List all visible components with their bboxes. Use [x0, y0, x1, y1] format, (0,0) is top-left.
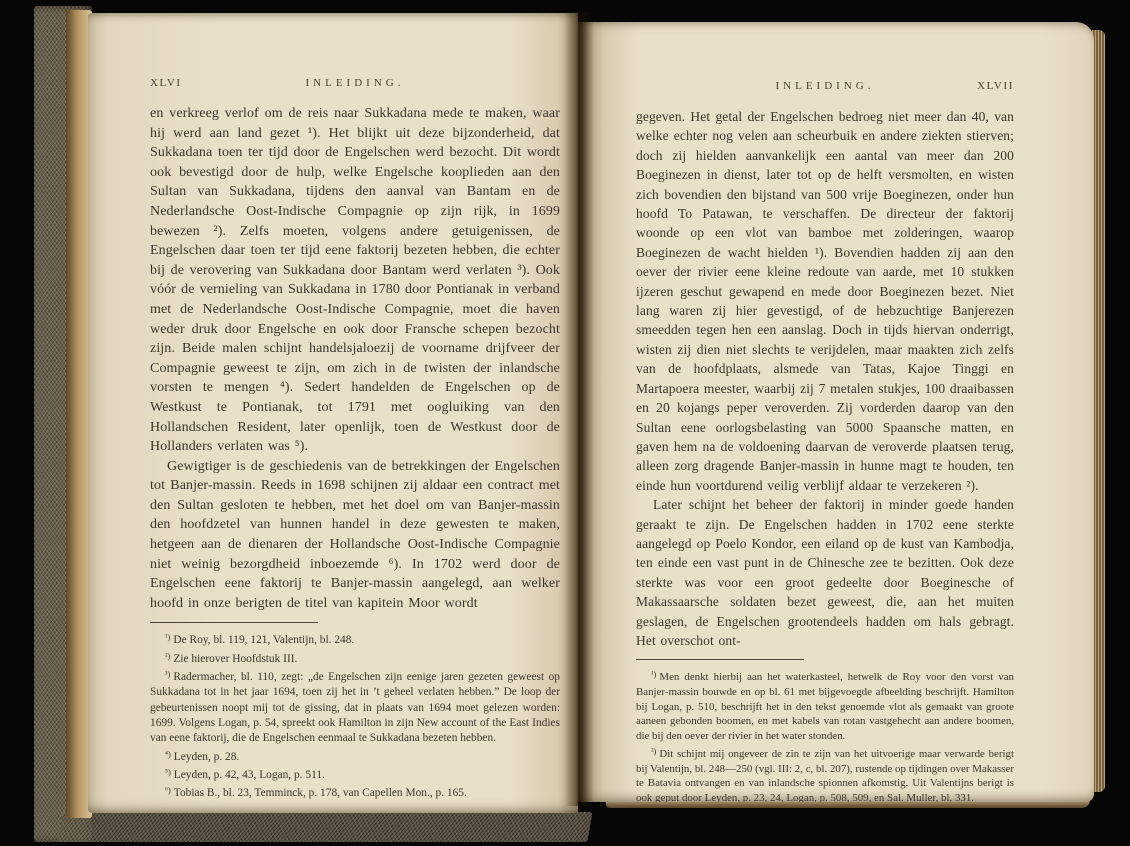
footnote: ¹)De Roy, bl. 119, 121, Valentijn, bl. 2…	[150, 630, 560, 648]
footnote-marker: ²)	[651, 746, 656, 756]
footnote-rule	[636, 659, 804, 660]
footnote-marker: ⁶)	[165, 785, 171, 795]
footnote-text: De Roy, bl. 119, 121, Valentijn, bl. 248…	[173, 634, 354, 646]
right-running-title: INLEIDING.	[731, 80, 920, 92]
footnote-marker: ³)	[165, 669, 170, 679]
left-footnotes: ¹)De Roy, bl. 119, 121, Valentijn, bl. 2…	[150, 630, 560, 801]
footnote-text: Radermacher, bl. 110, zegt: „de Engelsch…	[150, 671, 560, 744]
paragraph: en verkreeg verlof om de reis naar Sukka…	[150, 104, 560, 457]
footnote-text: Leyden, p. 28.	[174, 751, 239, 763]
left-running-title: INLEIDING.	[253, 77, 458, 89]
left-body-text: en verkreeg verlof om de reis naar Sukka…	[150, 104, 560, 613]
footnote-marker: ⁴)	[165, 749, 171, 759]
right-body-text: gegeven. Het getal der Engelschen bedroe…	[636, 107, 1014, 650]
right-page-content: INLEIDING. XLVII gegeven. Het getal der …	[636, 80, 1014, 802]
paragraph: Gewigtiger is de geschiedenis van de bet…	[150, 457, 560, 614]
footnote-text: Zie hierover Hoofdstuk III.	[173, 653, 297, 665]
footnote-text: Tobias B., bl. 23, Temminck, p. 178, van…	[174, 787, 467, 799]
left-running-head: XLVI INLEIDING.	[150, 77, 560, 89]
left-page: XLVI INLEIDING. en verkreeg verlof om de…	[88, 13, 578, 813]
right-page: INLEIDING. XLVII gegeven. Het getal der …	[578, 22, 1094, 802]
footnote: ²)Zie hierover Hoofdstuk III.	[150, 649, 560, 667]
footnote: ⁶)Tobias B., bl. 23, Temminck, p. 178, v…	[150, 783, 560, 801]
footnote: ¹)Men denkt hierbij aan het waterkasteel…	[636, 667, 1014, 744]
footnote: ⁵)Leyden, p. 42, 43, Logan, p. 511.	[150, 765, 560, 783]
footnote-marker: ¹)	[651, 669, 656, 679]
right-folio-number: XLVII	[920, 80, 1015, 92]
footnote: ⁴)Leyden, p. 28.	[150, 747, 560, 765]
left-folio-number: XLVI	[150, 77, 253, 89]
footnote-marker: ²)	[165, 651, 170, 661]
footnote-text: Men denkt hierbij aan het waterkasteel, …	[636, 671, 1014, 742]
footnote-rule	[150, 622, 318, 623]
paragraph: Later schijnt het beheer der faktorij in…	[636, 495, 1014, 650]
footnote-marker: ⁵)	[165, 767, 171, 777]
footnote-text: Leyden, p. 42, 43, Logan, p. 511.	[174, 769, 325, 781]
book-scan-scene: XLVI INLEIDING. en verkreeg verlof om de…	[0, 0, 1130, 846]
right-footnotes: ¹)Men denkt hierbij aan het waterkasteel…	[636, 667, 1014, 802]
footnote: ³)Radermacher, bl. 110, zegt: „de Engels…	[150, 667, 560, 746]
left-page-content: XLVI INLEIDING. en verkreeg verlof om de…	[150, 77, 560, 801]
footnote-text: Dit schijnt mij ongeveer de zin te zijn …	[636, 748, 1014, 802]
right-running-head: INLEIDING. XLVII	[636, 80, 1014, 92]
paragraph: gegeven. Het getal der Engelschen bedroe…	[636, 107, 1014, 495]
book-cover-bottom-edge	[57, 812, 592, 842]
footnote: ²)Dit schijnt mij ongeveer de zin te zij…	[636, 744, 1014, 802]
footnote-marker: ¹)	[165, 632, 170, 642]
